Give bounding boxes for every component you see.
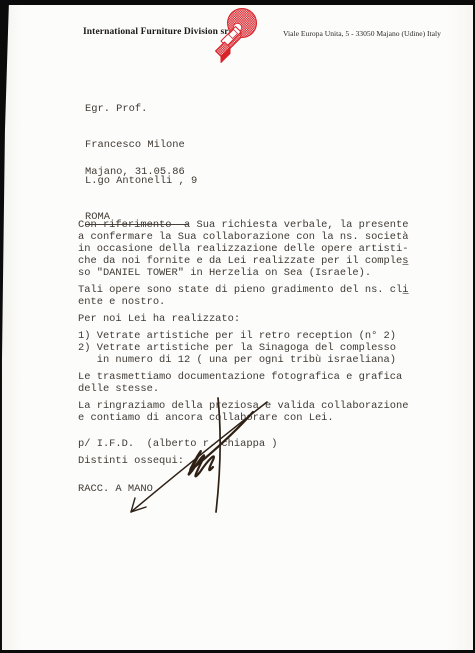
closing-line: Distinti ossequi: [78, 455, 423, 467]
paragraph: La ringraziamo della preziosa e valida c… [78, 400, 423, 424]
paragraphs-mount: Con riferimento a Sua richiesta verbale,… [78, 219, 423, 424]
paragraph: 1) Vetrate artistiche per il retro recep… [78, 330, 423, 366]
company-address: Viale Europa Unita, 5 - 33050 Majano (Ud… [283, 29, 441, 38]
recipient-line: Egr. Prof. [85, 103, 197, 115]
body-line: in numero di 12 ( una per ogni tribù isr… [78, 354, 423, 366]
body-line: e contiamo di ancora collaborare con Lei… [78, 412, 423, 424]
company-logo-icon [211, 6, 259, 66]
body-line: Per noi Lei ha realizzato: [78, 313, 423, 325]
date-line: Majano, 31.05.86 [85, 166, 185, 178]
delivery-note: RACC. A MANO [78, 483, 153, 495]
paragraph: Tali opere sono state di pieno gradiment… [78, 284, 423, 308]
scan-edge-left [0, 0, 9, 653]
body-line: Le trasmettiamo documentazione fotografi… [78, 371, 423, 383]
body-line: ente e nostro. [78, 296, 423, 308]
body-line: 2) Vetrate artistiche per la Sinagoga de… [78, 342, 423, 354]
company-name: International Furniture Division srl [83, 27, 231, 37]
scan-edge-top [0, 0, 475, 5]
body-line: so "DANIEL TOWER" in Herzelia on Sea (Is… [78, 267, 423, 279]
paragraph: Le trasmettiamo documentazione fotografi… [78, 371, 423, 395]
body-line: in occasione della realizzazione delle o… [78, 243, 423, 255]
body-line: La ringraziamo della preziosa e valida c… [78, 400, 423, 412]
letter-page: International Furniture Division srl Via… [0, 0, 475, 653]
body-line: che da noi fornite e da Lei realizzate p… [78, 255, 423, 267]
body-line: 1) Vetrate artistiche per il retro recep… [78, 330, 423, 342]
signature-line: p/ I.F.D. (alberto r. chiappa ) [78, 438, 278, 450]
body-line: Con riferimento a Sua richiesta verbale,… [78, 219, 423, 231]
paragraph: Per noi Lei ha realizzato: [78, 313, 423, 325]
body-line: Tali opere sono state di pieno gradiment… [78, 284, 423, 296]
body-line: delle stesse. [78, 383, 423, 395]
paragraph: Con riferimento a Sua richiesta verbale,… [78, 219, 423, 279]
body-line: a confermare la Sua collaborazione con l… [78, 231, 423, 243]
recipient-line: Francesco Milone [85, 139, 197, 151]
